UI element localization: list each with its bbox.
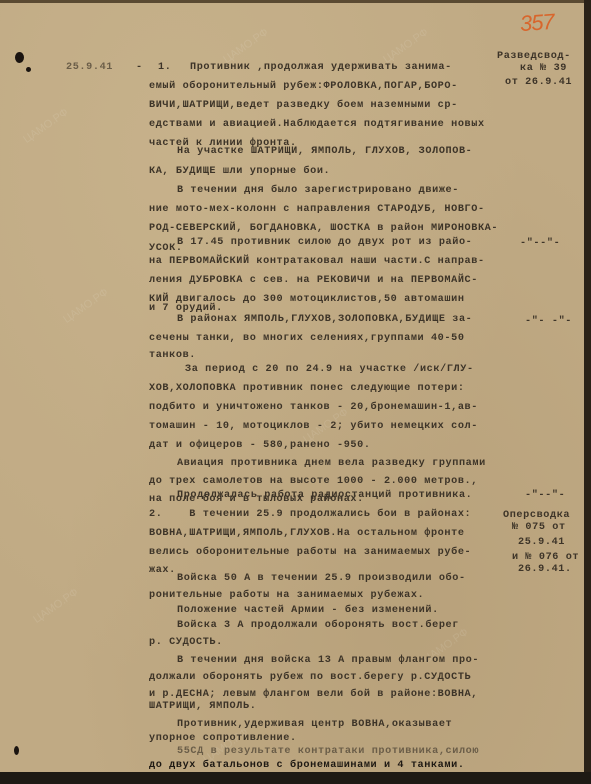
text-line: ронительные работы на занимаемых рубежах…	[149, 590, 424, 602]
text-line: едствами и авиацией.Наблюдается подтягив…	[149, 119, 485, 131]
archive-page-stamp: 357	[519, 9, 554, 37]
page-right-edge	[584, 0, 591, 784]
watermark: ЦАМО.РФ	[221, 26, 270, 66]
text-line: и р.ДЕСНА; левым флангом вели бой в райо…	[149, 689, 478, 701]
text-line: до двух батальонов с бронемашинами и 4 т…	[149, 760, 465, 772]
watermark: ЦАМО.РФ	[381, 26, 430, 66]
text-line: РОД-СЕВЕРСКИЙ, БОГДАНОВКА, ШОСТКА в райо…	[149, 223, 498, 235]
text-line: Противник ,продолжая удерживать занима-	[190, 62, 452, 74]
text-line: томашин - 10, мотоциклов - 2; убито неме…	[149, 421, 478, 433]
text-line: Авиация противника днем вела разведку гр…	[177, 458, 486, 470]
margin-source-note: и № 076 от	[512, 552, 579, 564]
document-page: ЦАМО.РФ ЦАМО.РФ ЦАМО.РФ ЦАМО.РФ ЦАМО.РФ …	[0, 0, 584, 772]
punch-hole	[14, 746, 19, 755]
margin-source-note: Оперсводка	[503, 510, 570, 522]
text-line: емый оборонительный рубеж:ФРОЛОВКА,ПОГАР…	[149, 81, 458, 93]
watermark: ЦАМО.РФ	[31, 586, 80, 626]
page-bottom-edge	[0, 772, 591, 784]
margin-source-note: 25.9.41	[518, 537, 565, 549]
text-line: 55СД в результате контратаки противника,…	[177, 746, 479, 758]
margin-ditto-mark: -"- -"-	[525, 316, 572, 328]
margin-source-note: ка № 39	[520, 63, 567, 75]
text-line: танков.	[149, 350, 196, 362]
text-line: жах.	[149, 565, 176, 577]
text-line: На участке ШАТРИЩИ, ЯМПОЛЬ, ГЛУХОВ, ЗОЛО…	[177, 146, 472, 158]
margin-source-note: № 075 от	[512, 522, 566, 534]
margin-source-note: от 26.9.41	[505, 77, 572, 89]
text-line: р. СУДОСТЬ.	[149, 637, 223, 649]
margin-ditto-mark: -"--"-	[525, 490, 565, 502]
text-line: велись оборонительные работы на занимаем…	[149, 547, 471, 559]
section-number-1: 1.	[158, 62, 171, 74]
text-line: упорное сопротивление.	[149, 733, 297, 745]
text-line: КА, БУДИЩЕ шли упорные бои.	[149, 166, 330, 178]
text-line: до трех самолетов на высоте 1000 - 2.000…	[149, 476, 478, 488]
text-line: В течении дня было зарегистрировано движ…	[177, 185, 459, 197]
text-line: Продолжалась работа радиостанций противн…	[177, 490, 472, 502]
text-line: Войска 50 А в течении 25.9 производили о…	[177, 573, 466, 585]
watermark: ЦАМО.РФ	[21, 106, 70, 146]
text-line: ние мото-мех-колонн с направления СТАРОД…	[149, 204, 485, 216]
text-line: на ПЕРВОМАЙСКИЙ контратаковал наши части…	[149, 256, 485, 268]
margin-dash: -	[136, 62, 143, 74]
margin-source-note: 26.9.41.	[518, 564, 572, 576]
punch-hole	[26, 67, 31, 72]
margin-source-note: Разведсвод-	[497, 51, 571, 63]
text-line: В 17.45 противник силою до двух рот из р…	[177, 237, 472, 249]
text-line: Противник,удерживая центр ВОВНА,оказывае…	[177, 719, 452, 731]
text-line: подбито и уничтожено танков - 20,бронема…	[149, 402, 478, 414]
text-line: должали оборонять рубеж по вост.берегу р…	[149, 672, 471, 684]
text-line: 2. В течении 25.9 продолжались бои в рай…	[149, 509, 471, 521]
page-top-edge	[0, 0, 591, 3]
text-line: ВИЧИ,ШАТРИЩИ,ведет разведку боем наземны…	[149, 100, 458, 112]
text-line: Положение частей Армии - без изменений.	[177, 605, 439, 617]
margin-date: 25.9.41	[66, 62, 113, 74]
punch-hole	[15, 52, 24, 63]
text-line: ВОВНА,ШАТРИЩИ,ЯМПОЛЬ,ГЛУХОВ.На остальном…	[149, 528, 465, 540]
text-line: За период с 20 по 24.9 на участке /иск/Г…	[185, 364, 474, 376]
text-line: сечены танки, во многих селениях,группам…	[149, 333, 465, 345]
text-line: ШАТРИЩИ, ЯМПОЛЬ.	[149, 701, 256, 713]
watermark: ЦАМО.РФ	[61, 286, 110, 326]
text-line: ления ДУБРОВКА с сев. на РЕКОВИЧИ и на П…	[149, 275, 478, 287]
text-line: ХОВ,ХОЛОПОВКА противник понес следующие …	[149, 383, 465, 395]
text-line: Войска 3 А продолжали оборонять вост.бер…	[177, 620, 459, 632]
text-line: В районах ЯМПОЛЬ,ГЛУХОВ,ЗОЛОПОВКА,БУДИЩЕ…	[177, 314, 472, 326]
text-line: дат и офицеров - 580,ранено -950.	[149, 440, 371, 452]
text-line: В течении дня войска 13 А правым флангом…	[177, 655, 479, 667]
margin-ditto-mark: -"--"-	[520, 238, 560, 250]
